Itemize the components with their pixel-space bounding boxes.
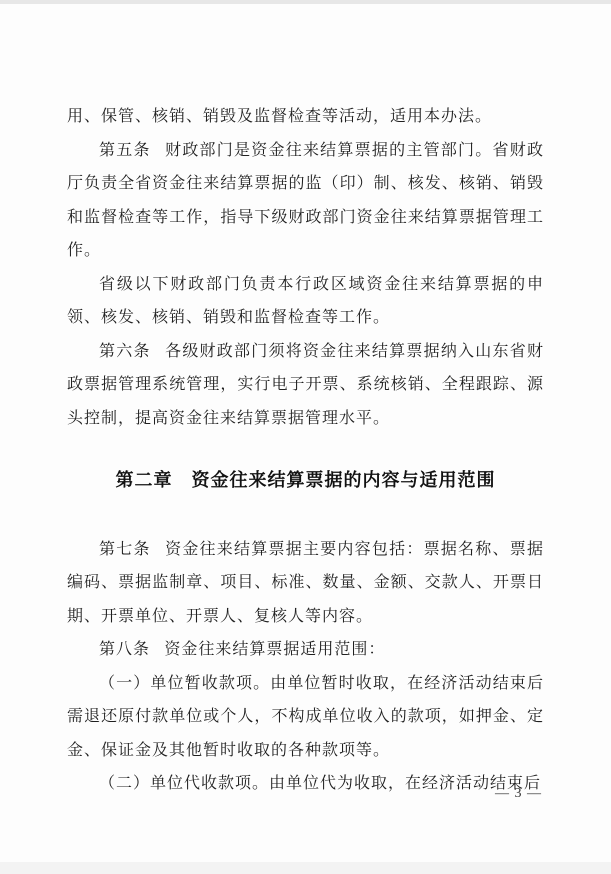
paragraph: 省级以下财政部门负责本行政区域资金往来结算票据的申领、核发、核销、销毁和监督检查… bbox=[67, 268, 544, 335]
paragraph-text: 用、保管、核销、销毁及监督检查等活动，适用本办法。 bbox=[67, 108, 492, 125]
paragraph-text: 资金往来结算票据适用范围： bbox=[164, 641, 385, 658]
paragraph-text: 财政部门是资金往来结算票据的主管部门。省财政厅负责全省资金往来结算票据的监（印）… bbox=[67, 142, 544, 260]
scan-edge-top bbox=[0, 0, 611, 4]
paragraph: 第六条各级财政部门须将资金往来结算票据纳入山东省财政票据管理系统管理，实行电子开… bbox=[67, 335, 544, 436]
chapter-heading: 第二章 资金往来结算票据的内容与适用范围 bbox=[67, 464, 544, 498]
paragraph: （一）单位暂收款项。由单位暂时收取，在经济活动结束后需退还原付款单位或个人，不构… bbox=[67, 667, 544, 768]
paragraph-text: 省级以下财政部门负责本行政区域资金往来结算票据的申领、核发、核销、销毁和监督检查… bbox=[67, 276, 544, 327]
document-page: 用、保管、核销、销毁及监督检查等活动，适用本办法。 第五条财政部门是资金往来结算… bbox=[0, 0, 611, 874]
paragraph: （二）单位代收款项。由单位代为收取，在经济活动结束后 bbox=[67, 767, 544, 801]
paragraph: 第七条资金往来结算票据主要内容包括：票据名称、票据编码、票据监制章、项目、标准、… bbox=[67, 533, 544, 634]
paragraph: 用、保管、核销、销毁及监督检查等活动，适用本办法。 bbox=[67, 100, 544, 134]
page-number: — 3 — bbox=[495, 786, 542, 802]
paragraph-text: （一）单位暂收款项。由单位暂时收取，在经济活动结束后需退还原付款单位或个人，不构… bbox=[67, 675, 544, 759]
paragraph-text: （二）单位代收款项。由单位代为收取，在经济活动结束后 bbox=[99, 775, 541, 792]
article-number: 第七条 bbox=[99, 541, 151, 558]
document-body: 用、保管、核销、销毁及监督检查等活动，适用本办法。 第五条财政部门是资金往来结算… bbox=[67, 100, 544, 801]
article-number: 第五条 bbox=[99, 142, 151, 159]
article-number: 第六条 bbox=[99, 343, 151, 360]
paragraph: 第五条财政部门是资金往来结算票据的主管部门。省财政厅负责全省资金往来结算票据的监… bbox=[67, 134, 544, 268]
paragraph: 第八条资金往来结算票据适用范围： bbox=[67, 633, 544, 667]
scan-edge-bottom bbox=[0, 862, 611, 874]
article-number: 第八条 bbox=[99, 641, 150, 658]
